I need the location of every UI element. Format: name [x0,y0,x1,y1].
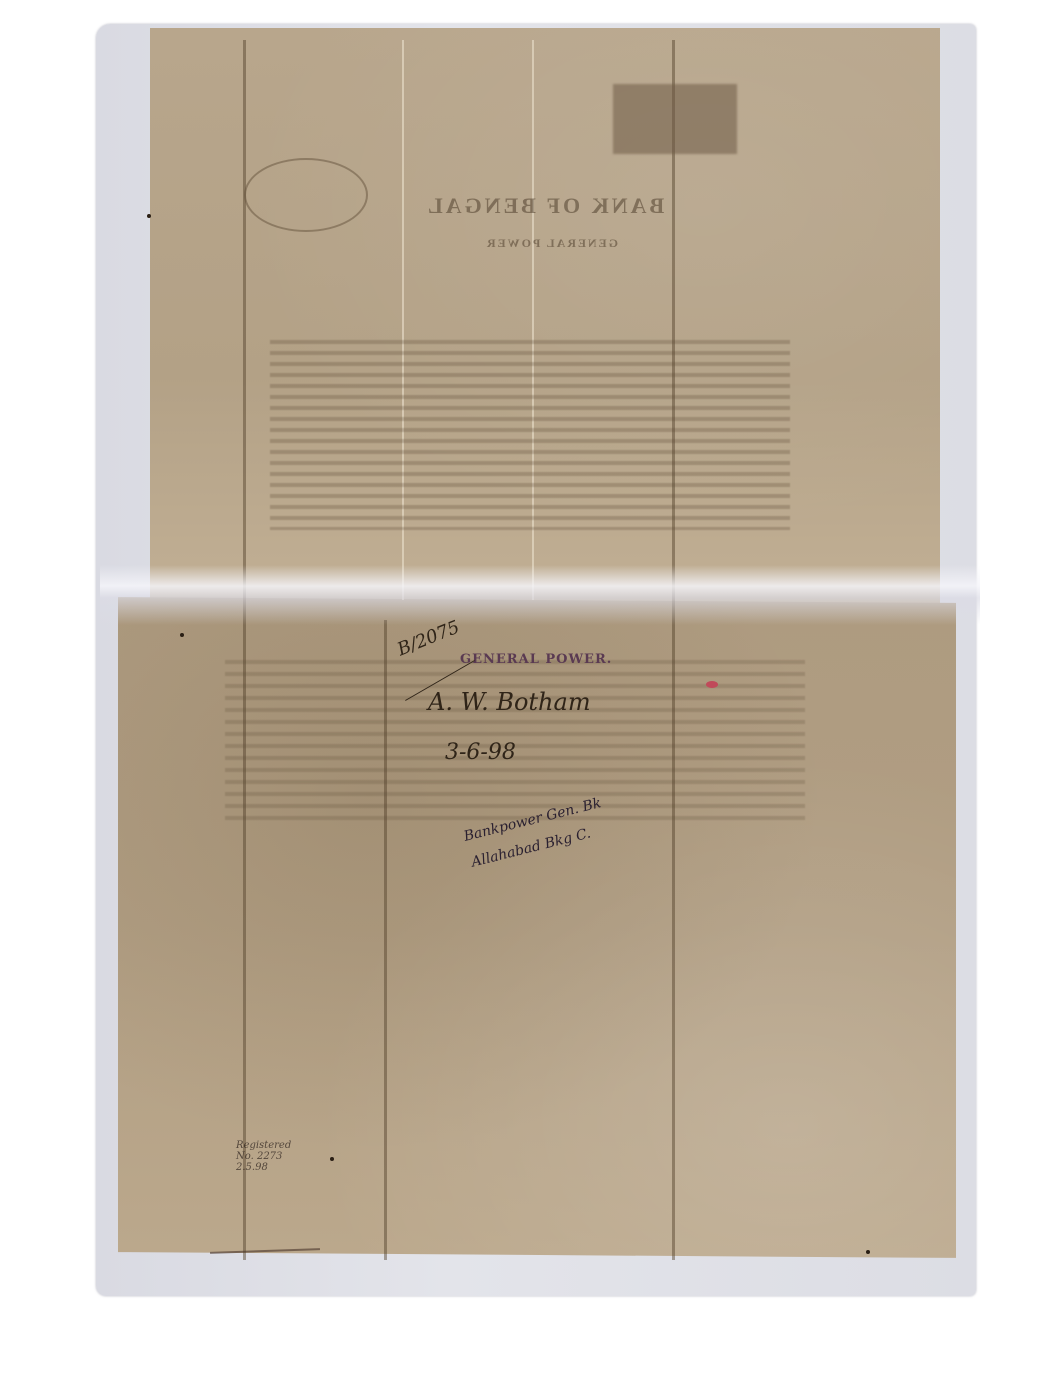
corner-annotation-line: 2.5.98 [236,1162,291,1173]
printed-body-text [270,340,790,530]
ink-spot [866,1250,870,1254]
handwritten-name: A. W. Botham [428,688,591,716]
sleeve-crease [100,565,980,625]
document-heading: GENERAL POWER. [460,652,612,667]
ink-spot [147,214,151,218]
oval-seal [244,158,368,232]
fold-line [672,40,675,1260]
corner-annotation-line: No. 2273 [236,1151,291,1162]
mirrored-bank-title: BANK OF BENGAL [425,193,664,219]
red-ink-mark [706,681,718,688]
handwritten-date: 3-6-98 [445,740,516,765]
mirrored-document-subtitle: GENERAL POWER [485,236,618,251]
fold-line [243,40,246,1260]
ink-spot [180,633,184,637]
corner-annotation-line: Registered [236,1140,291,1151]
corner-annotation: Registered No. 2273 2.5.98 [236,1140,291,1173]
revenue-stamp [613,84,737,154]
ink-spot [330,1157,334,1161]
